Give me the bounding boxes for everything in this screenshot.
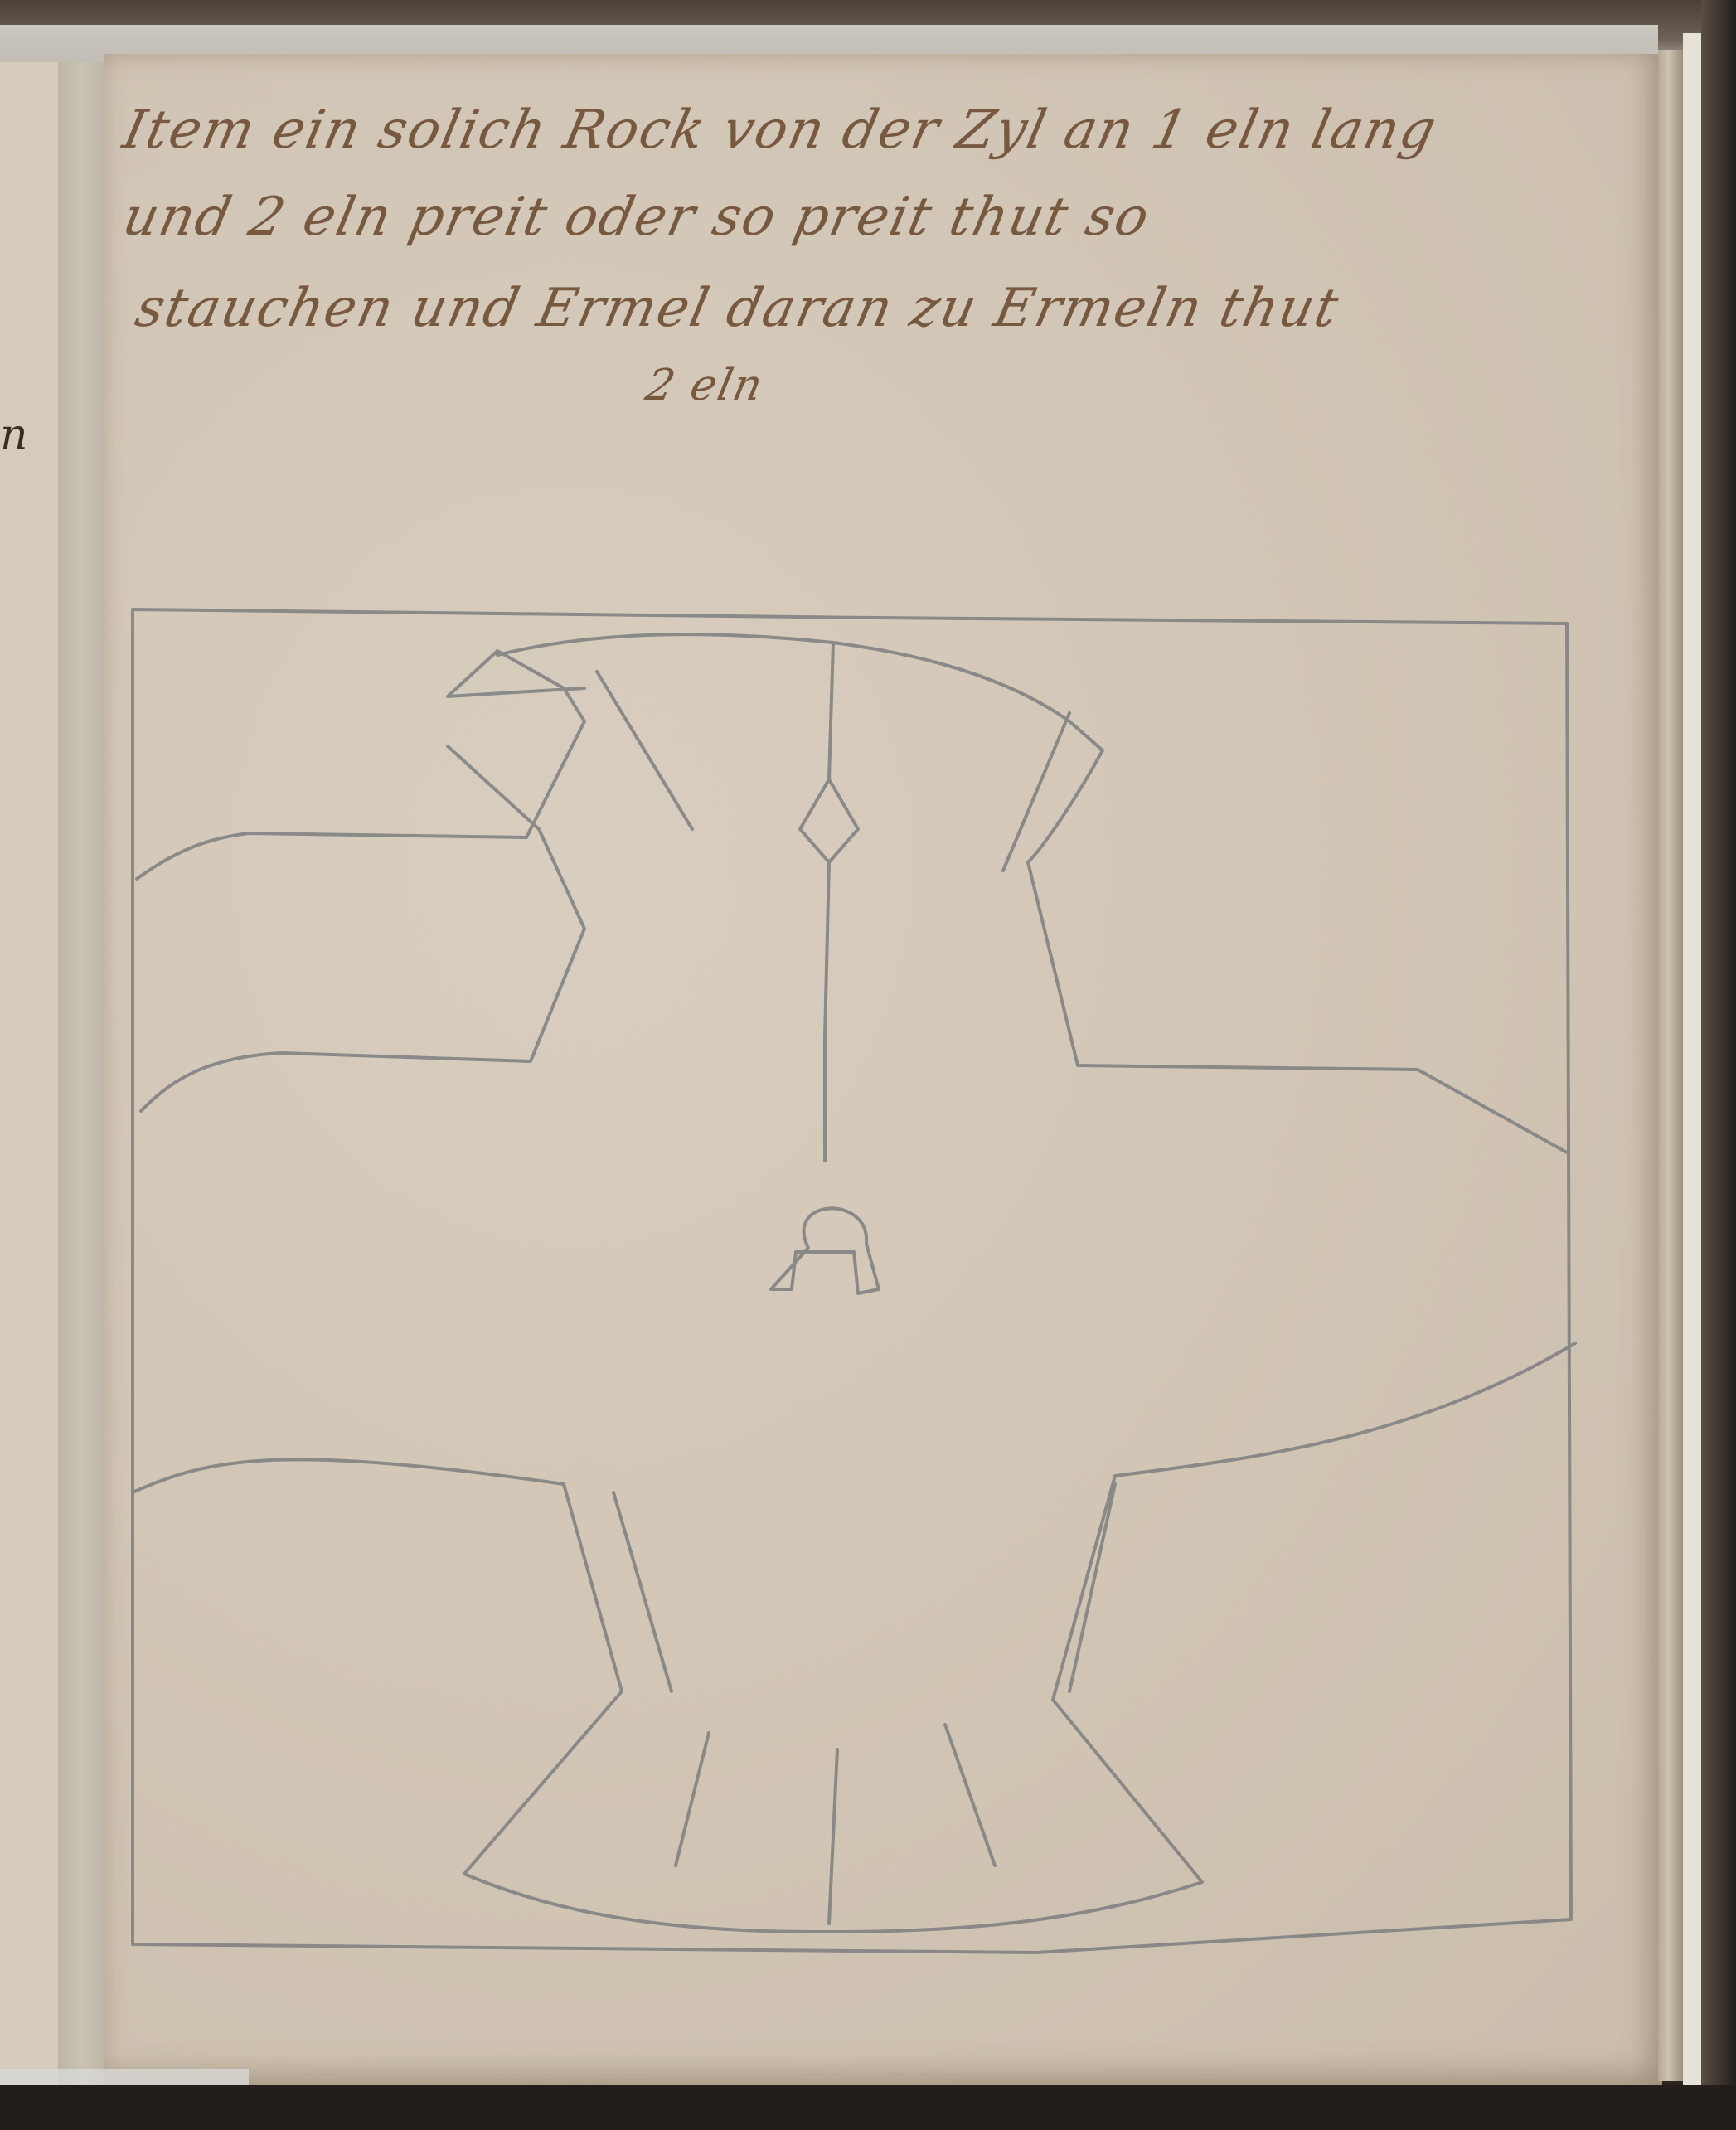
manuscript-line-4: 2 eln — [642, 361, 769, 410]
binding-guard-strip — [58, 62, 106, 2085]
facing-page-fragment: n — [0, 410, 28, 460]
manuscript-line-1: Item ein solich Rock von der Zyl an 1 el… — [118, 99, 1443, 161]
manuscript-page — [104, 54, 1662, 2085]
facing-page-edge: n — [0, 62, 61, 2085]
board-edge — [1683, 33, 1701, 2106]
scan-backdrop-bottom — [0, 2085, 1736, 2130]
page-stack-edge — [1658, 50, 1683, 2081]
scan-backdrop-right — [1701, 0, 1736, 2130]
manuscript-line-3: stauchen und Ermel daran zu Ermeln thut — [130, 278, 1345, 339]
manuscript-line-2: und 2 eln preit oder so preit thut so — [118, 187, 1156, 248]
